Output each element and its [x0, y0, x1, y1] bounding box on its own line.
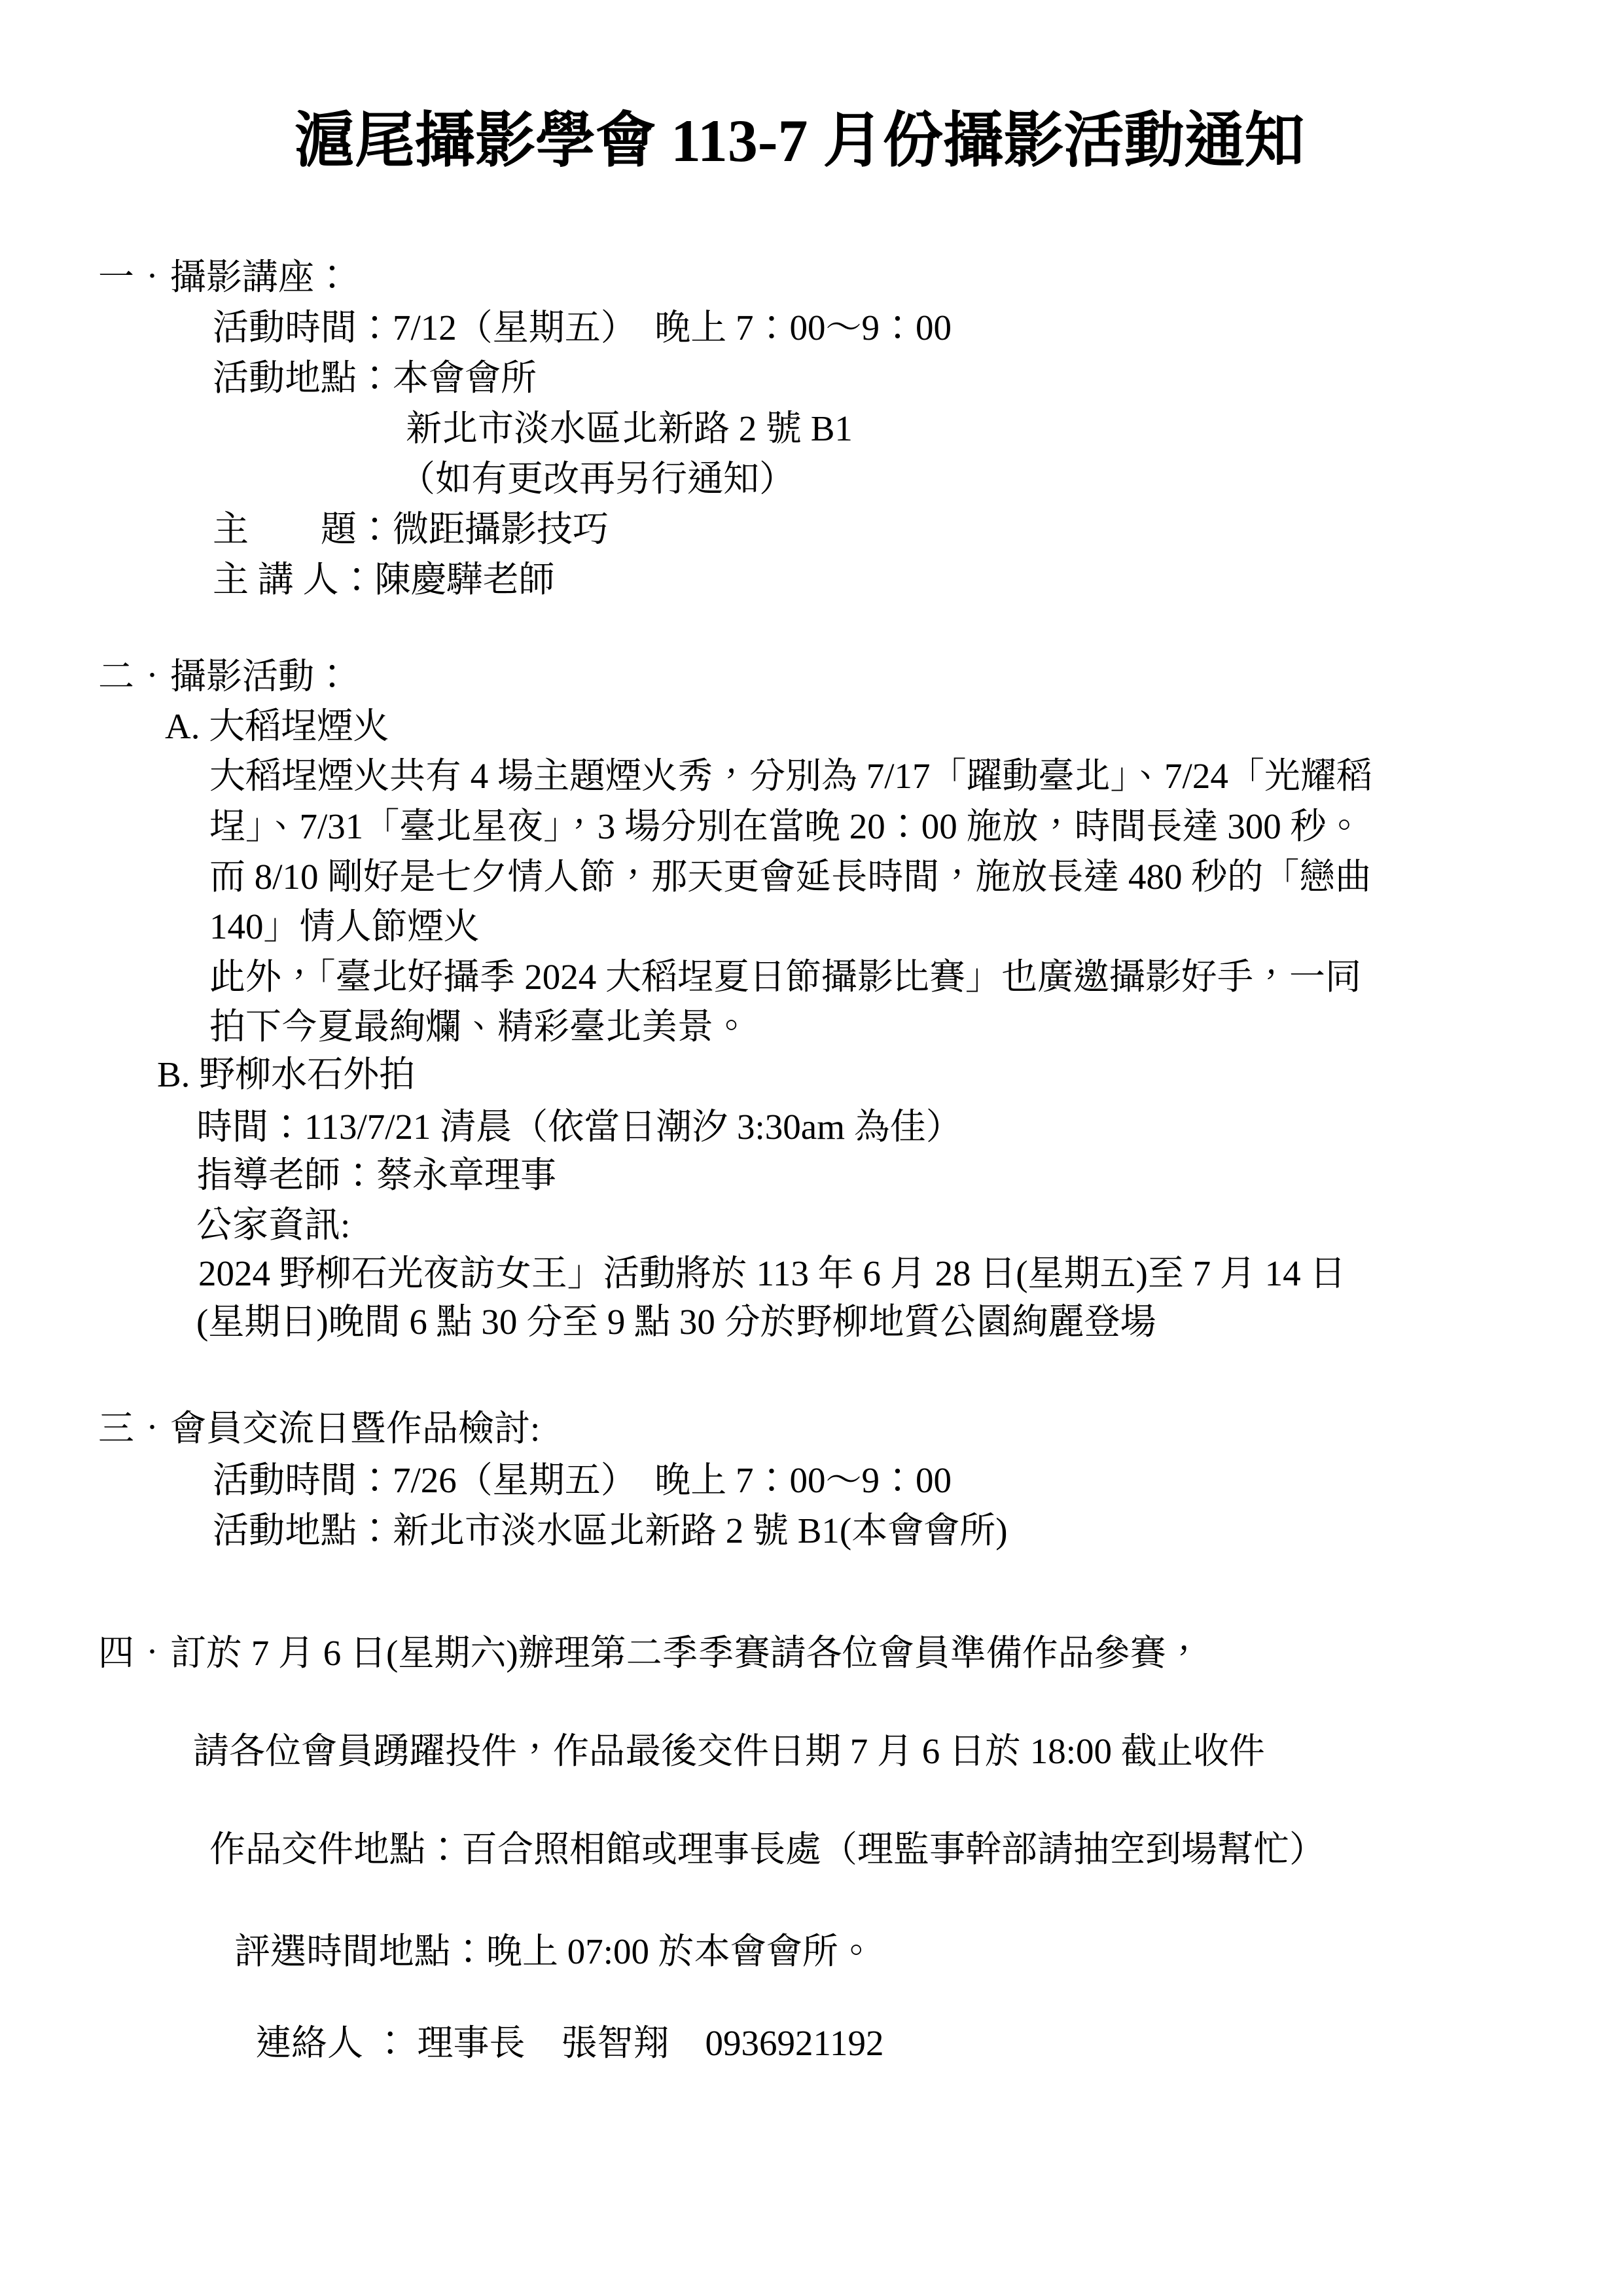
- section2-heading: 二‧攝影活動：: [98, 655, 350, 700]
- page-title: 滬尾攝影學會 113-7 月份攝影活動通知: [294, 105, 1305, 177]
- section1-place: 活動地點：本會會所: [213, 356, 537, 401]
- section3-place: 活動地點：新北市淡水區北新路 2 號 B1(本會會所): [213, 1509, 1008, 1554]
- section2-item-b-info-line1: 2024 野柳石光夜訪女王」活動將於 113 年 6 月 28 日(星期五)至 …: [198, 1251, 1346, 1297]
- section2-item-a-line4: 140」情人節煙火: [209, 905, 480, 950]
- section1-address: 新北市淡水區北新路 2 號 B1: [406, 406, 853, 452]
- section2-item-b-info-line2: (星期日)晚間 6 點 30 分至 9 點 30 分於野柳地質公園絢麗登場: [196, 1300, 1156, 1345]
- section3-heading: 三‧會員交流日暨作品檢討:: [98, 1407, 540, 1452]
- section4-delivery-place-line: 作品交件地點：百合照相館或理事長處（理監事幹部請抽空到場幫忙）: [209, 1827, 1325, 1873]
- section2-item-b-info-label: 公家資訊:: [196, 1203, 350, 1248]
- section1-topic: 主 題：微距攝影技巧: [213, 507, 609, 552]
- section4-judging-time-line: 評選時間地點：晚上 07:00 於本會會所。: [234, 1929, 874, 1975]
- section1-note: （如有更改再另行通知）: [399, 457, 795, 502]
- section1-time: 活動時間：7/12（星期五） 晚上 7：00～9：00: [213, 306, 952, 351]
- section2-item-a-line2: 埕」、7/31「臺北星夜」，3 場分別在當晚 20：00 施放，時間長達 300…: [209, 804, 1363, 850]
- section2-item-a-line3: 而 8/10 剛好是七夕情人節，那天更會延長時間，施放長達 480 秒的「戀曲: [209, 855, 1371, 900]
- section2-item-a-line6: 拍下今夏最絢爛、精彩臺北美景。: [209, 1005, 749, 1050]
- section2-item-b-time: 時間：113/7/21 清晨（依當日潮汐 3:30am 為佳）: [196, 1105, 962, 1150]
- section2-item-b-label: B. 野柳水石外拍: [157, 1052, 415, 1098]
- notice-document-page: 滬尾攝影學會 113-7 月份攝影活動通知 一‧攝影講座： 活動時間：7/12（…: [0, 0, 1623, 2296]
- section1-heading: 一‧攝影講座：: [98, 255, 350, 300]
- section4-submission-line: 請各位會員踴躍投件，作品最後交件日期 7 月 6 日於 18:00 截止收件: [193, 1729, 1265, 1774]
- section4-heading: 四‧訂於 7 月 6 日(星期六)辦理第二季季賽請各位會員準備作品參賽，: [98, 1631, 1202, 1676]
- section2-item-b-teacher: 指導老師：蔡永章理事: [196, 1153, 556, 1198]
- section1-speaker: 主 講 人：陳慶驊老師: [213, 558, 555, 603]
- section3-time: 活動時間：7/26（星期五） 晚上 7：00～9：00: [213, 1458, 952, 1503]
- section2-item-a-label: A. 大稻埕煙火: [165, 704, 389, 749]
- section2-item-a-line5: 此外，「臺北好攝季 2024 大稻埕夏日節攝影比賽」也廣邀攝影好手，一同: [209, 955, 1361, 1000]
- section4-contact-line: 連絡人 ： 理事長 張智翔 0936921192: [255, 2021, 883, 2066]
- section2-item-a-line1: 大稻埕煙火共有 4 場主題煙火秀，分別為 7/17「躍動臺北」、7/24「光耀稻: [209, 754, 1372, 799]
